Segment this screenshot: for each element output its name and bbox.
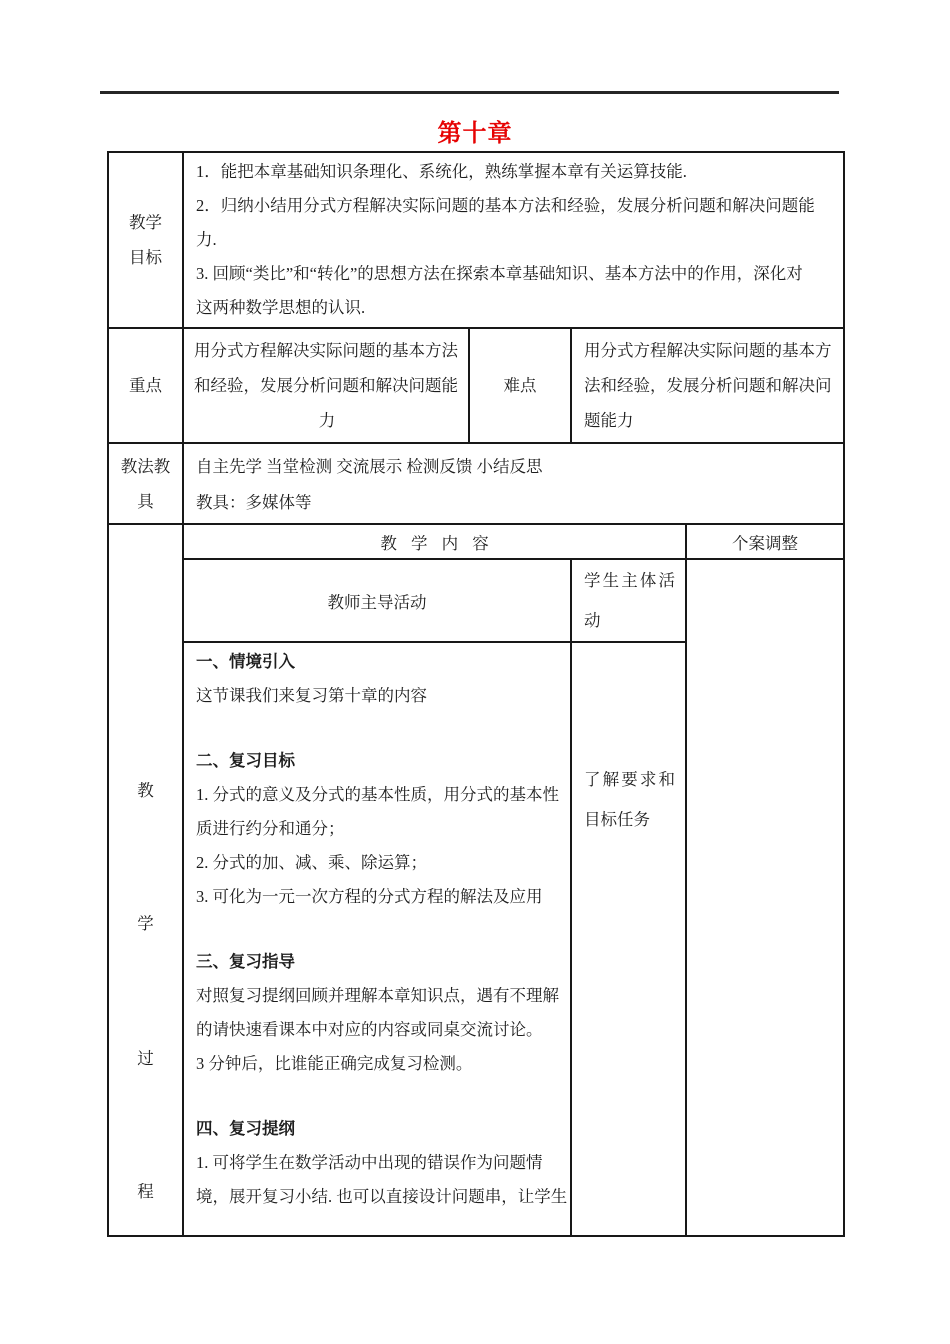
case-adjustment-empty-cell (686, 559, 844, 1236)
section-heading: 三、复习指导 (196, 945, 568, 979)
section-heading: 一、情境引入 (196, 645, 568, 679)
process-label-char-3: 过 (109, 1048, 182, 1070)
key-point-content-cell: 用分式方程解决实际问题的基本方法和经验，发展分析问题和解决问题能 力 (183, 328, 469, 443)
methods-label: 教法教具 (109, 449, 182, 519)
section-body: 这节课我们来复习第十章的内容 (196, 679, 568, 713)
section-review-goals: 二、复习目标 1. 分式的意义及分式的基本性质，用分式的基本性质进行约分和通分；… (196, 744, 568, 914)
section-heading: 二、复习目标 (196, 744, 568, 778)
row-methods: 教法教具 自主先学 当堂检测 交流展示 检测反馈 小结反思教具：多媒体等 (108, 443, 844, 524)
case-adjustment-header-cell: 个案调整 (686, 524, 844, 559)
section-review-outline: 四、复习提纲 1. 可将学生在数学活动中出现的错误作为问题情境，展开复习小结. … (196, 1112, 568, 1214)
student-activity-content-cell: 了解要求和目标任务 (571, 642, 686, 1236)
objectives-label-cell: 教学目标 (108, 152, 183, 328)
section-body: 1. 可将学生在数学活动中出现的错误作为问题情境，展开复习小结. 也可以直接设计… (196, 1146, 568, 1214)
objectives-content-cell: 1．能把本章基础知识条理化、系统化，熟练掌握本章有关运算技能.2．归纳小结用分式… (183, 152, 844, 328)
methods-content-cell: 自主先学 当堂检测 交流展示 检测反馈 小结反思教具：多媒体等 (183, 443, 844, 524)
header-rule (100, 91, 839, 94)
row-keypoint-difficulty: 重点 用分式方程解决实际问题的基本方法和经验，发展分析问题和解决问题能 力 难点… (108, 328, 844, 443)
teacher-activity-header-cell: 教师主导活动 (183, 559, 571, 642)
process-label-char-1: 教 (109, 780, 182, 802)
section-heading: 四、复习提纲 (196, 1112, 568, 1146)
key-point-label-cell: 重点 (108, 328, 183, 443)
student-activity-note: 了解要求和目标任务 (584, 760, 675, 840)
process-label-cell: 教 学 过 程 (108, 524, 183, 1236)
key-point-last-line: 力 (194, 403, 460, 438)
teacher-activity-content-cell: 一、情境引入 这节课我们来复习第十章的内容 二、复习目标 1. 分式的意义及分式… (183, 642, 571, 1236)
row-activity-headers: 教师主导活动 学生主体活动 (108, 559, 844, 642)
section-situation-intro: 一、情境引入 这节课我们来复习第十章的内容 (196, 645, 568, 713)
section-body: 对照复习提纲回顾并理解本章知识点，遇有不理解的请快速看课本中对应的内容或同桌交流… (196, 979, 568, 1081)
lesson-plan-table: 教学目标 1．能把本章基础知识条理化、系统化，熟练掌握本章有关运算技能.2．归纳… (107, 151, 845, 1237)
teaching-content-header-cell: 教 学 内 容 (183, 524, 686, 559)
section-body: 1. 分式的意义及分式的基本性质，用分式的基本性质进行约分和通分；2. 分式的加… (196, 778, 568, 914)
objectives-text: 1．能把本章基础知识条理化、系统化，熟练掌握本章有关运算技能.2．归纳小结用分式… (196, 155, 833, 325)
row-content-header: 教 学 过 程 教 学 内 容 个案调整 (108, 524, 844, 559)
row-objectives: 教学目标 1．能把本章基础知识条理化、系统化，熟练掌握本章有关运算技能.2．归纳… (108, 152, 844, 328)
difficulty-text: 用分式方程解决实际问题的基本方法和经验，发展分析问题和解决问题能力 (584, 333, 837, 438)
objectives-label: 教学目标 (109, 205, 182, 275)
methods-label-cell: 教法教具 (108, 443, 183, 524)
page-title: 第十章 (107, 113, 843, 148)
difficulty-label-cell: 难点 (469, 328, 571, 443)
process-label-char-2: 学 (109, 913, 182, 935)
student-activity-header-cell: 学生主体活动 (571, 559, 686, 642)
difficulty-content-cell: 用分式方程解决实际问题的基本方法和经验，发展分析问题和解决问题能力 (571, 328, 844, 443)
section-review-guidance: 三、复习指导 对照复习提纲回顾并理解本章知识点，遇有不理解的请快速看课本中对应的… (196, 945, 568, 1081)
methods-text: 自主先学 当堂检测 交流展示 检测反馈 小结反思教具：多媒体等 (196, 449, 833, 521)
key-point-text: 用分式方程解决实际问题的基本方法和经验，发展分析问题和解决问题能 (194, 333, 460, 403)
process-label-char-4: 程 (109, 1181, 182, 1203)
